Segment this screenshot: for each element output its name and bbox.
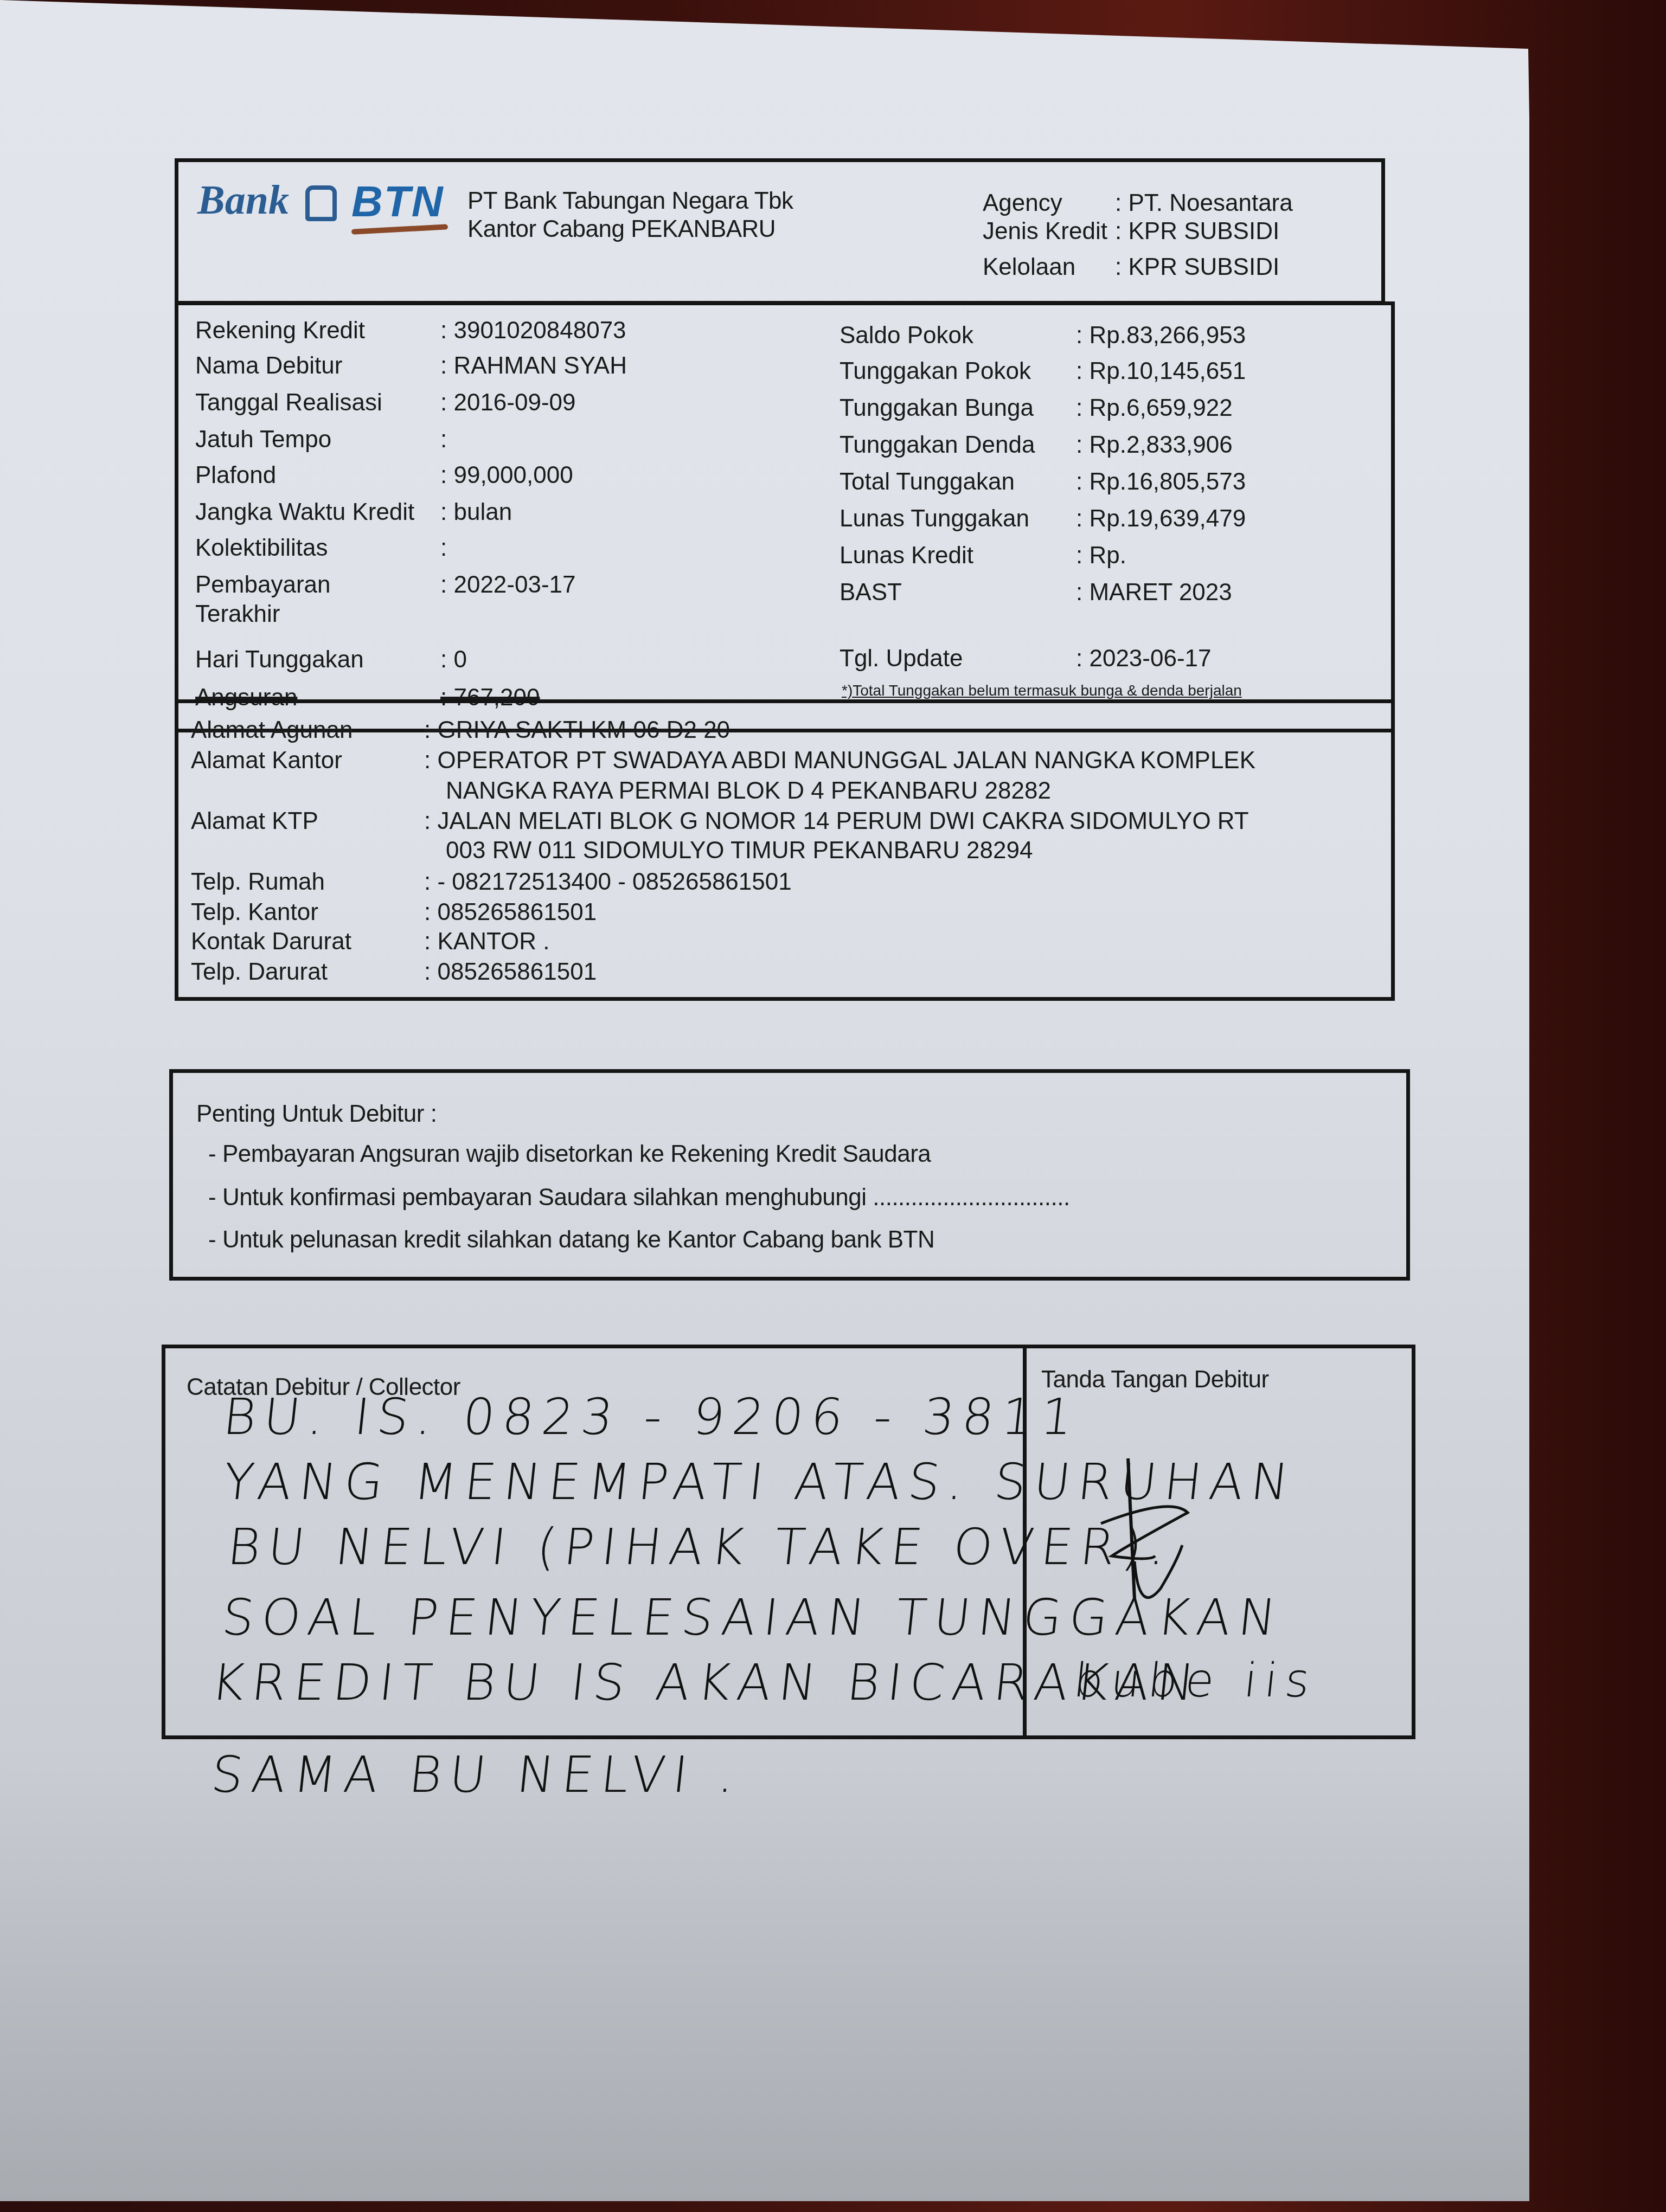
field-label: Angsuran — [195, 684, 297, 711]
field-value: : Rp.2,833,906 — [1076, 432, 1233, 459]
alamat-kantor-value-1: : OPERATOR PT SWADAYA ABDI MANUNGGAL JAL… — [424, 747, 1255, 774]
field-value: : bulan — [440, 499, 512, 526]
field-label: Tunggakan Pokok — [840, 358, 1031, 385]
penting-item: - Untuk pelunasan kredit silahkan datang… — [208, 1226, 934, 1253]
alamat-agunan-value: : GRIYA SAKTI KM 06 D2 20 — [424, 717, 730, 744]
logo-bank-text: Bank — [197, 177, 289, 224]
field-label: Nama Debitur — [195, 352, 342, 380]
logo-btn-text: BTN — [351, 177, 444, 227]
field-label: BAST — [840, 579, 902, 606]
field-value: : 2023-06-17 — [1076, 645, 1212, 672]
handwritten-note-line: SAMA BU NELVI . — [208, 1746, 745, 1804]
field-label: Lunas Tunggakan — [840, 505, 1029, 532]
field-label: Tunggakan Bunga — [840, 395, 1034, 422]
alamat-ktp-value-2: 003 RW 011 SIDOMULYO TIMUR PEKANBARU 282… — [446, 837, 1033, 864]
telp-darurat-value: : 085265861501 — [424, 959, 597, 986]
field-value: : — [440, 426, 447, 453]
kelolaan-label: Kelolaan — [983, 254, 1075, 281]
field-label: Hari Tunggakan — [195, 646, 364, 673]
kontak-darurat-label: Kontak Darurat — [191, 928, 351, 955]
penting-item: - Pembayaran Angsuran wajib disetorkan k… — [208, 1141, 931, 1168]
field-value: : 0 — [440, 646, 467, 673]
field-value: : 2022-03-17 — [440, 571, 576, 599]
signature-scribble-icon — [1095, 1453, 1247, 1616]
field-value: : 99,000,000 — [440, 462, 573, 489]
field-value: : MARET 2023 — [1076, 579, 1232, 606]
branch-name: Kantor Cabang PEKANBARU — [467, 216, 776, 243]
alamat-agunan-label: Alamat Agunan — [191, 717, 353, 744]
telp-darurat-label: Telp. Darurat — [191, 959, 328, 986]
field-label: Rekening Kredit — [195, 317, 365, 344]
jenis-kredit-value: : KPR SUBSIDI — [1115, 218, 1279, 245]
divider — [175, 729, 1395, 732]
field-value: : 767,200 — [440, 684, 540, 711]
alamat-ktp-value-1: : JALAN MELATI BLOK G NOMOR 14 PERUM DWI… — [424, 808, 1249, 835]
agency-label: Agency — [983, 190, 1062, 217]
footnote: *)Total Tunggakan belum termasuk bunga &… — [842, 682, 1242, 699]
field-label: Kolektibilitas — [195, 535, 328, 562]
field-value: : Rp. — [1076, 542, 1126, 569]
field-label: Lunas Kredit — [840, 542, 973, 569]
jenis-kredit-label: Jenis Kredit — [983, 218, 1107, 245]
alamat-ktp-label: Alamat KTP — [191, 808, 318, 835]
field-value: : Rp.6,659,922 — [1076, 395, 1233, 422]
field-value: : Rp.10,145,651 — [1076, 358, 1246, 385]
field-value: : — [440, 535, 447, 562]
house-logo-icon — [305, 185, 337, 221]
alamat-kantor-value-2: NANGKA RAYA PERMAI BLOK D 4 PEKANBARU 28… — [446, 777, 1051, 805]
telp-rumah-value: : - 082172513400 - 085265861501 — [424, 869, 792, 896]
telp-kantor-value: : 085265861501 — [424, 899, 597, 926]
field-value: : 3901020848073 — [440, 317, 626, 344]
penting-title: Penting Untuk Debitur : — [196, 1101, 437, 1128]
field-label: Pembayaran — [195, 571, 330, 599]
kontak-darurat-value: : KANTOR . — [424, 928, 549, 955]
field-value: : Rp.83,266,953 — [1076, 322, 1246, 349]
field-label: Tunggakan Denda — [840, 432, 1035, 459]
field-label: Plafond — [195, 462, 276, 489]
field-value: : Rp.19,639,479 — [1076, 505, 1246, 532]
field-label: Tgl. Update — [840, 645, 963, 672]
field-label: Saldo Pokok — [840, 322, 973, 349]
penting-item: - Untuk konfirmasi pembayaran Saudara si… — [208, 1184, 1070, 1211]
telp-rumah-label: Telp. Rumah — [191, 869, 325, 896]
kelolaan-value: : KPR SUBSIDI — [1115, 254, 1279, 281]
field-value: : 2016-09-09 — [440, 389, 576, 416]
telp-kantor-label: Telp. Kantor — [191, 899, 318, 926]
handwritten-note-line: BU. IS. 0823 - 9206 - 3811 — [220, 1388, 1083, 1446]
field-value: : Rp.16,805,573 — [1076, 468, 1246, 496]
alamat-kantor-label: Alamat Kantor — [191, 747, 342, 774]
field-label: Jangka Waktu Kredit — [195, 499, 414, 526]
divider — [175, 699, 1395, 703]
field-label: Total Tunggakan — [840, 468, 1015, 496]
field-value: : RAHMAN SYAH — [440, 352, 627, 380]
signature-name: bube iis — [1071, 1654, 1320, 1708]
company-name: PT Bank Tabungan Negara Tbk — [467, 188, 793, 215]
field-label: Jatuh Tempo — [195, 426, 331, 453]
field-label: Terakhir — [195, 601, 280, 628]
handwritten-note-line: KREDIT BU IS AKAN BICARAKAN — [208, 1654, 1204, 1712]
field-label: Tanggal Realisasi — [195, 389, 382, 416]
handwritten-note-line: BU NELVI (PIHAK TAKE OVER). — [225, 1518, 1176, 1576]
agency-value: : PT. Noesantara — [1115, 190, 1293, 217]
